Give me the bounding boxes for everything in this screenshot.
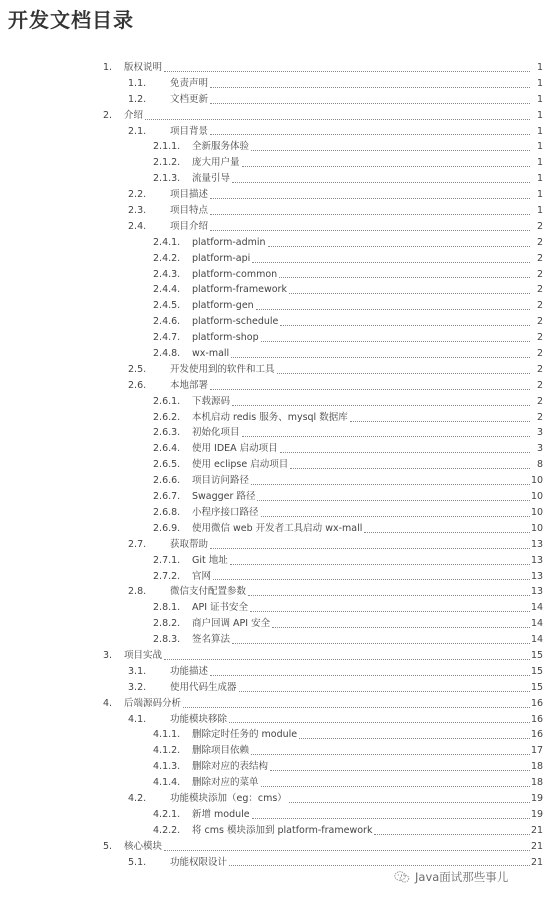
dot-leader xyxy=(183,706,530,708)
toc-entry-page-number: 2 xyxy=(531,410,543,426)
toc-entry-title[interactable]: platform-admin xyxy=(192,235,266,251)
toc-entry-page-number: 10 xyxy=(531,473,543,489)
toc-entry-number: 2.6.2. xyxy=(153,410,180,426)
toc-entry[interactable]: 4.1.2.删除项目依赖17 xyxy=(0,743,548,759)
toc-entry-number: 2.4.2. xyxy=(153,251,180,267)
toc-entry-title-wrap: 新增 module xyxy=(192,807,532,823)
toc-entry-title[interactable]: 本机启动 redis 服务、mysql 数据库 xyxy=(192,410,348,426)
toc-entry-number: 4.1.4. xyxy=(153,775,180,791)
toc-entry-number: 2.1.1. xyxy=(153,139,180,155)
toc-entry-page-number: 1 xyxy=(531,155,543,171)
dot-leader xyxy=(261,340,530,342)
toc-entry-title-wrap: 本机启动 redis 服务、mysql 数据库 xyxy=(192,410,532,426)
toc-entry[interactable]: 2.6.3.初始化项目3 xyxy=(0,425,548,441)
toc-entry-title-wrap: platform-api xyxy=(192,251,532,267)
toc-entry-title-wrap: 下载源码 xyxy=(192,394,532,410)
toc-entry[interactable]: 2.6.9.使用微信 web 开发者工具启动 wx-mall10 xyxy=(0,521,548,537)
toc-entry-title-wrap: 删除项目依赖 xyxy=(192,743,532,759)
toc-entry-number: 2.6.5. xyxy=(153,457,180,473)
toc-entry-number: 2.7.2. xyxy=(153,569,180,585)
toc-entry-page-number: 3 xyxy=(531,425,543,441)
toc-entry-number: 3.2. xyxy=(128,680,146,696)
toc-entry-page-number: 10 xyxy=(531,505,543,521)
toc-entry-title-wrap: 删除对应的表结构 xyxy=(192,759,532,775)
toc-entry[interactable]: 2.6.2.本机启动 redis 服务、mysql 数据库2 xyxy=(0,410,548,426)
dot-leader xyxy=(256,308,530,310)
toc-entry-title-wrap: 删除定时任务的 module xyxy=(192,727,532,743)
toc-entry[interactable]: 2.4.1.platform-admin2 xyxy=(0,235,548,251)
dot-leader xyxy=(210,674,530,676)
toc-entry-title-wrap: API 证书安全 xyxy=(192,600,532,616)
toc-entry-page-number: 14 xyxy=(531,616,543,632)
toc-entry-title-wrap: 微信支付配置参数 xyxy=(170,584,532,600)
toc-entry-title[interactable]: 本地部署 xyxy=(170,378,208,394)
toc-entry-page-number: 2 xyxy=(531,394,543,410)
toc-entry-title[interactable]: 介绍 xyxy=(124,108,143,124)
toc-entry-title[interactable]: 核心模块 xyxy=(124,839,162,855)
toc-entry-page-number: 10 xyxy=(531,489,543,505)
toc-entry-page-number: 13 xyxy=(531,584,543,600)
toc-entry-title[interactable]: wx-mall xyxy=(192,346,229,362)
dot-leader xyxy=(280,324,530,326)
dot-leader xyxy=(229,864,530,866)
toc-entry-title[interactable]: 项目访问路径 xyxy=(192,473,249,489)
toc-entry-title[interactable]: 使用 IDEA 启动项目 xyxy=(192,441,278,457)
dot-leader xyxy=(164,658,530,660)
toc-entry-title[interactable]: platform-shop xyxy=(192,330,259,346)
dot-leader xyxy=(251,753,530,755)
toc-entry[interactable]: 2.2.项目描述1 xyxy=(0,187,548,203)
toc-entry-title-wrap: 开发使用到的软件和工具 xyxy=(170,362,532,378)
toc-entry[interactable]: 2.1.项目背景1 xyxy=(0,124,548,140)
toc-entry-number: 2.6.7. xyxy=(153,489,180,505)
dot-leader xyxy=(229,721,530,723)
toc-entry-title-wrap: 初始化项目 xyxy=(192,425,532,441)
toc-entry-title-wrap: 项目描述 xyxy=(170,187,532,203)
toc-entry-page-number: 2 xyxy=(531,267,543,283)
toc-entry-page-number: 17 xyxy=(531,743,543,759)
toc-entry-title-wrap: platform-shop xyxy=(192,330,532,346)
toc-entry-number: 4.2. xyxy=(128,791,146,807)
toc-entry-page-number: 2 xyxy=(531,298,543,314)
toc-entry-page-number: 1 xyxy=(531,60,543,76)
toc-entry-title[interactable]: 项目背景 xyxy=(170,124,208,140)
toc-entry-title[interactable]: 功能描述 xyxy=(170,664,208,680)
toc-entry-number: 2.8.3. xyxy=(153,632,180,648)
toc-entry-title-wrap: 流量引导 xyxy=(192,171,532,187)
toc-entry-title[interactable]: 获取帮助 xyxy=(170,537,208,553)
toc-entry-title[interactable]: 删除项目依赖 xyxy=(192,743,249,759)
toc-entry-title-wrap: platform-admin xyxy=(192,235,532,251)
toc-entry-title[interactable]: 免责声明 xyxy=(170,76,208,92)
toc-entry-title[interactable]: 小程序接口路径 xyxy=(192,505,259,521)
dot-leader xyxy=(272,626,530,628)
toc-entry[interactable]: 2.8.3.签名算法14 xyxy=(0,632,548,648)
toc-entry-title[interactable]: 项目介绍 xyxy=(170,219,208,235)
toc-entry-number: 2.6.9. xyxy=(153,521,180,537)
dot-leader xyxy=(210,102,530,104)
toc-entry-page-number: 13 xyxy=(531,553,543,569)
dot-leader xyxy=(277,372,530,374)
toc-entry-number: 2.8. xyxy=(128,584,146,600)
dot-leader xyxy=(164,849,530,851)
toc-entry-number: 5.1. xyxy=(128,855,146,871)
toc-entry-title[interactable]: 项目特点 xyxy=(170,203,208,219)
toc-entry[interactable]: 2.4.4.platform-framework2 xyxy=(0,282,548,298)
toc-entry-number: 2.6. xyxy=(128,378,146,394)
toc-entry-title[interactable]: 项目描述 xyxy=(170,187,208,203)
toc-entry-number: 2.6.1. xyxy=(153,394,180,410)
toc-entry-title-wrap: 后端源码分析 xyxy=(124,696,532,712)
toc-entry-number: 2.7.1. xyxy=(153,553,180,569)
toc-entry[interactable]: 4.1.4.删除对应的菜单18 xyxy=(0,775,548,791)
dot-leader xyxy=(145,118,530,120)
toc-entry[interactable]: 2.7.2.官网13 xyxy=(0,569,548,585)
toc-entry-title-wrap: platform-framework xyxy=(192,282,532,298)
toc-entry-title[interactable]: Swagger 路径 xyxy=(192,489,255,505)
dot-leader xyxy=(242,165,530,167)
toc-entry[interactable]: 2.1.1.全新服务体验1 xyxy=(0,139,548,155)
toc-entry-title-wrap: 功能描述 xyxy=(170,664,532,680)
toc-entry-page-number: 16 xyxy=(531,696,543,712)
toc-entry[interactable]: 1.1.免责声明1 xyxy=(0,76,548,92)
dot-leader xyxy=(251,483,530,485)
toc-entry-page-number: 16 xyxy=(531,727,543,743)
toc-entry-number: 2.7. xyxy=(128,537,146,553)
toc-entry[interactable]: 2.6.4.使用 IDEA 启动项目3 xyxy=(0,441,548,457)
dot-leader xyxy=(261,785,530,787)
toc-entry-title[interactable]: 功能模块移除 xyxy=(170,712,227,728)
dot-leader xyxy=(299,737,530,739)
toc-entry-title-wrap: Git 地址 xyxy=(192,553,532,569)
toc-entry-number: 2.2. xyxy=(128,187,146,203)
toc-entry[interactable]: 2.5.开发使用到的软件和工具2 xyxy=(0,362,548,378)
toc-entry-page-number: 19 xyxy=(531,791,543,807)
toc-entry-page-number: 1 xyxy=(531,171,543,187)
dot-leader xyxy=(210,213,530,215)
toc-entry[interactable]: 2.8.1.API 证书安全14 xyxy=(0,600,548,616)
toc-entry[interactable]: 2.7.获取帮助13 xyxy=(0,537,548,553)
toc-entry-title[interactable]: 后端源码分析 xyxy=(124,696,181,712)
toc-entry-number: 2. xyxy=(103,108,112,124)
toc-entry-title[interactable]: 全新服务体验 xyxy=(192,139,249,155)
toc-entry-number: 3. xyxy=(103,648,112,664)
toc-entry-title[interactable]: 功能模块添加（eg：cms） xyxy=(170,791,287,807)
toc-entry[interactable]: 4.1.3.删除对应的表结构18 xyxy=(0,759,548,775)
toc-entry-title-wrap: 功能模块添加（eg：cms） xyxy=(170,791,532,807)
toc-entry[interactable]: 2.6.6.项目访问路径10 xyxy=(0,473,548,489)
toc-entry[interactable]: 4.1.1.删除定时任务的 module16 xyxy=(0,727,548,743)
toc-entry[interactable]: 2.8.微信支付配置参数13 xyxy=(0,584,548,600)
toc-entry[interactable]: 2.6.8.小程序接口路径10 xyxy=(0,505,548,521)
toc-entry-title-wrap: 商户回调 API 安全 xyxy=(192,616,532,632)
toc-entry-page-number: 2 xyxy=(531,314,543,330)
toc-entry[interactable]: 2.1.3.流量引导1 xyxy=(0,171,548,187)
toc-entry-title[interactable]: 流量引导 xyxy=(192,171,230,187)
toc-entry-title[interactable]: 删除对应的菜单 xyxy=(192,775,259,791)
toc-entry-title-wrap: 项目介绍 xyxy=(170,219,532,235)
toc-entry[interactable]: 2.4.5.platform-gen2 xyxy=(0,298,548,314)
toc-entry-title[interactable]: 庞大用户量 xyxy=(192,155,240,171)
dot-leader xyxy=(374,833,530,835)
toc-entry[interactable]: 1.版权说明1 xyxy=(0,60,548,76)
toc-entry[interactable]: 4.2.1.新增 module19 xyxy=(0,807,548,823)
toc-entry[interactable]: 4.2.2.将 cms 模块添加到 platform-framework21 xyxy=(0,823,548,839)
toc-entry[interactable]: 3.2.使用代码生成器15 xyxy=(0,680,548,696)
toc-entry-page-number: 16 xyxy=(531,712,543,728)
watermark-text: Java面试那些事儿 xyxy=(415,869,508,885)
toc-entry-number: 2.4. xyxy=(128,219,146,235)
wechat-icon xyxy=(394,870,410,884)
toc-entry-number: 2.4.1. xyxy=(153,235,180,251)
toc-entry-title-wrap: 官网 xyxy=(192,569,532,585)
dot-leader xyxy=(210,388,530,390)
toc-entry-page-number: 15 xyxy=(531,664,543,680)
toc-entry-title-wrap: 删除对应的菜单 xyxy=(192,775,532,791)
toc-entry-title[interactable]: 下载源码 xyxy=(192,394,230,410)
toc-entry-title-wrap: wx-mall xyxy=(192,346,532,362)
toc-entry-number: 2.4.5. xyxy=(153,298,180,314)
dot-leader xyxy=(164,70,530,72)
dot-leader xyxy=(252,817,530,819)
toc-entry-title[interactable]: 文档更新 xyxy=(170,92,208,108)
dot-leader xyxy=(242,435,530,437)
watermark: Java面试那些事儿 xyxy=(392,868,510,886)
toc-entry-title-wrap: 本地部署 xyxy=(170,378,532,394)
toc-entry-title[interactable]: 删除定时任务的 module xyxy=(192,727,297,743)
dot-leader xyxy=(210,229,530,231)
toc-entry-title-wrap: 获取帮助 xyxy=(170,537,532,553)
toc-entry-number: 4.1. xyxy=(128,712,146,728)
toc-entry[interactable]: 4.1.功能模块移除16 xyxy=(0,712,548,728)
toc-entry[interactable]: 2.3.项目特点1 xyxy=(0,203,548,219)
toc-entry-number: 1.2. xyxy=(128,92,146,108)
toc-entry-page-number: 1 xyxy=(531,76,543,92)
dot-leader xyxy=(250,610,530,612)
toc-entry-title[interactable]: Git 地址 xyxy=(192,553,228,569)
toc-entry[interactable]: 4.后端源码分析16 xyxy=(0,696,548,712)
toc-entry-page-number: 3 xyxy=(531,441,543,457)
toc-entry[interactable]: 2.1.2.庞大用户量1 xyxy=(0,155,548,171)
toc-entry-title[interactable]: 商户回调 API 安全 xyxy=(192,616,270,632)
toc-entry-page-number: 1 xyxy=(531,108,543,124)
toc-entry-title-wrap: 介绍 xyxy=(124,108,532,124)
dot-leader xyxy=(232,642,530,644)
toc-entry-title[interactable]: 初始化项目 xyxy=(192,425,240,441)
toc-entry-title-wrap: 使用代码生成器 xyxy=(170,680,532,696)
toc-entry-page-number: 2 xyxy=(531,362,543,378)
toc-entry-title[interactable]: 使用 eclipse 启动项目 xyxy=(192,457,288,473)
toc-entry-title-wrap: 签名算法 xyxy=(192,632,532,648)
toc-entry-page-number: 1 xyxy=(531,187,543,203)
toc-entry-title[interactable]: platform-api xyxy=(192,251,250,267)
toc-entry-title-wrap: 使用微信 web 开发者工具启动 wx-mall xyxy=(192,521,532,537)
toc-entry-title-wrap: 项目背景 xyxy=(170,124,532,140)
toc-entry[interactable]: 2.6.5.使用 eclipse 启动项目8 xyxy=(0,457,548,473)
dot-leader xyxy=(231,356,530,358)
toc-entry-number: 2.6.4. xyxy=(153,441,180,457)
toc-entry[interactable]: 1.2.文档更新1 xyxy=(0,92,548,108)
toc-entry-page-number: 14 xyxy=(531,600,543,616)
toc-entry[interactable]: 2.6.1.下载源码2 xyxy=(0,394,548,410)
dot-leader xyxy=(251,149,530,151)
toc-entry[interactable]: 2.4.6.platform-schedule2 xyxy=(0,314,548,330)
dot-leader xyxy=(210,86,530,88)
toc-entry-page-number: 2 xyxy=(531,219,543,235)
toc-entry-number: 2.4.6. xyxy=(153,314,180,330)
toc-entry-page-number: 21 xyxy=(531,855,543,871)
toc-entry-number: 2.8.2. xyxy=(153,616,180,632)
dot-leader xyxy=(248,594,530,596)
toc-entry-number: 2.5. xyxy=(128,362,146,378)
toc-entry[interactable]: 2.4.2.platform-api2 xyxy=(0,251,548,267)
dot-leader xyxy=(364,531,530,533)
toc-entry[interactable]: 2.6.本地部署2 xyxy=(0,378,548,394)
toc-entry-title[interactable]: 使用代码生成器 xyxy=(170,680,237,696)
toc-entry-title-wrap: 庞大用户量 xyxy=(192,155,532,171)
toc-entry-page-number: 21 xyxy=(531,839,543,855)
toc-entry-number: 4.1.1. xyxy=(153,727,180,743)
dot-leader xyxy=(350,420,530,422)
toc-entry-title-wrap: 免责声明 xyxy=(170,76,532,92)
dot-leader xyxy=(210,197,530,199)
toc-entry-number: 2.4.7. xyxy=(153,330,180,346)
toc-entry-title-wrap: platform-gen xyxy=(192,298,532,314)
toc-entry-number: 2.4.4. xyxy=(153,282,180,298)
toc-entry-page-number: 2 xyxy=(531,330,543,346)
page-title: 开发文档目录 xyxy=(8,8,134,32)
toc-entry-title[interactable]: platform-schedule xyxy=(192,314,278,330)
toc-entry-number: 3.1. xyxy=(128,664,146,680)
toc-entry-number: 2.6.6. xyxy=(153,473,180,489)
toc-entry-page-number: 15 xyxy=(531,648,543,664)
toc-entry[interactable]: 2.7.1.Git 地址13 xyxy=(0,553,548,569)
dot-leader xyxy=(213,578,530,580)
toc-entry-title-wrap: 版权说明 xyxy=(124,60,532,76)
toc-entry-title[interactable]: 删除对应的表结构 xyxy=(192,759,268,775)
dot-leader xyxy=(261,515,530,517)
toc-entry-title-wrap: 将 cms 模块添加到 platform-framework xyxy=(192,823,532,839)
toc-entry-page-number: 21 xyxy=(531,823,543,839)
toc-entry-title[interactable]: 官网 xyxy=(192,569,211,585)
toc-entry-page-number: 8 xyxy=(531,457,543,473)
toc-entry-page-number: 2 xyxy=(531,282,543,298)
toc-entry[interactable]: 2.8.2.商户回调 API 安全14 xyxy=(0,616,548,632)
toc-entry-title-wrap: 项目访问路径 xyxy=(192,473,532,489)
dot-leader xyxy=(280,451,530,453)
toc-entry-title-wrap: 功能模块移除 xyxy=(170,712,532,728)
toc-entry-title[interactable]: platform-gen xyxy=(192,298,254,314)
toc-entry-title[interactable]: 使用微信 web 开发者工具启动 wx-mall xyxy=(192,521,362,537)
toc-entry-page-number: 18 xyxy=(531,759,543,775)
dot-leader xyxy=(257,499,530,501)
toc-entry-title-wrap: platform-common xyxy=(192,267,532,283)
toc-entry-title[interactable]: 项目实战 xyxy=(124,648,162,664)
toc-entry-title[interactable]: 版权说明 xyxy=(124,60,162,76)
toc-entry-page-number: 1 xyxy=(531,92,543,108)
toc-entry-number: 2.6.8. xyxy=(153,505,180,521)
toc-entry[interactable]: 2.4.7.platform-shop2 xyxy=(0,330,548,346)
toc-entry-page-number: 13 xyxy=(531,569,543,585)
toc-entry[interactable]: 2.6.7.Swagger 路径10 xyxy=(0,489,548,505)
dot-leader xyxy=(279,276,530,278)
toc-entry-title[interactable]: platform-framework xyxy=(192,282,287,298)
toc-entry-number: 2.4.3. xyxy=(153,267,180,283)
dot-leader xyxy=(270,769,530,771)
toc-entry-title-wrap: platform-schedule xyxy=(192,314,532,330)
toc-entry-title-wrap: 核心模块 xyxy=(124,839,532,855)
toc-entry-number: 2.4.8. xyxy=(153,346,180,362)
toc-entry-title[interactable]: 将 cms 模块添加到 platform-framework xyxy=(192,823,372,839)
toc-entry-title-wrap: 小程序接口路径 xyxy=(192,505,532,521)
toc-entry[interactable]: 4.2.功能模块添加（eg：cms）19 xyxy=(0,791,548,807)
toc-entry-title[interactable]: platform-common xyxy=(192,267,277,283)
table-of-contents: 1.版权说明11.1.免责声明11.2.文档更新12.介绍12.1.项目背景12… xyxy=(0,60,548,870)
toc-entry-title-wrap: Swagger 路径 xyxy=(192,489,532,505)
toc-entry-title[interactable]: 功能权限设计 xyxy=(170,855,227,871)
dot-leader xyxy=(239,690,530,692)
toc-entry[interactable]: 2.4.项目介绍2 xyxy=(0,219,548,235)
toc-entry-page-number: 18 xyxy=(531,775,543,791)
toc-entry-page-number: 10 xyxy=(531,521,543,537)
toc-entry-page-number: 2 xyxy=(531,235,543,251)
toc-entry-number: 4.2.2. xyxy=(153,823,180,839)
dot-leader xyxy=(252,261,530,263)
toc-entry-page-number: 1 xyxy=(531,203,543,219)
toc-entry-number: 4.2.1. xyxy=(153,807,180,823)
toc-entry[interactable]: 2.4.3.platform-common2 xyxy=(0,267,548,283)
toc-entry-title-wrap: 使用 eclipse 启动项目 xyxy=(192,457,532,473)
toc-entry-number: 2.8.1. xyxy=(153,600,180,616)
dot-leader xyxy=(210,547,530,549)
toc-entry-page-number: 15 xyxy=(531,680,543,696)
dot-leader xyxy=(289,801,530,803)
toc-entry[interactable]: 2.介绍1 xyxy=(0,108,548,124)
toc-entry-page-number: 13 xyxy=(531,537,543,553)
toc-entry[interactable]: 3.1.功能描述15 xyxy=(0,664,548,680)
toc-entry-number: 5. xyxy=(103,839,112,855)
toc-entry-number: 4. xyxy=(103,696,112,712)
toc-entry-number: 1. xyxy=(103,60,112,76)
toc-entry-number: 2.3. xyxy=(128,203,146,219)
toc-entry-title[interactable]: 微信支付配置参数 xyxy=(170,584,246,600)
toc-entry-number: 4.1.2. xyxy=(153,743,180,759)
toc-entry-page-number: 1 xyxy=(531,124,543,140)
toc-entry-page-number: 2 xyxy=(531,346,543,362)
toc-entry[interactable]: 5.核心模块21 xyxy=(0,839,548,855)
toc-entry-number: 4.1.3. xyxy=(153,759,180,775)
toc-entry-title-wrap: 项目实战 xyxy=(124,648,532,664)
toc-entry[interactable]: 3.项目实战15 xyxy=(0,648,548,664)
toc-entry-title-wrap: 文档更新 xyxy=(170,92,532,108)
dot-leader xyxy=(268,245,530,247)
toc-entry-page-number: 2 xyxy=(531,378,543,394)
toc-entry[interactable]: 2.4.8.wx-mall2 xyxy=(0,346,548,362)
toc-entry-number: 2.1. xyxy=(128,124,146,140)
dot-leader xyxy=(289,292,530,294)
toc-entry-title[interactable]: API 证书安全 xyxy=(192,600,248,616)
dot-leader xyxy=(232,181,530,183)
toc-entry-page-number: 2 xyxy=(531,251,543,267)
toc-entry-title-wrap: 使用 IDEA 启动项目 xyxy=(192,441,532,457)
toc-entry-title[interactable]: 开发使用到的软件和工具 xyxy=(170,362,275,378)
toc-entry-title-wrap: 全新服务体验 xyxy=(192,139,532,155)
toc-entry-number: 2.1.3. xyxy=(153,171,180,187)
toc-entry-title[interactable]: 签名算法 xyxy=(192,632,230,648)
toc-entry-title-wrap: 项目特点 xyxy=(170,203,532,219)
dot-leader xyxy=(232,404,530,406)
toc-entry-title[interactable]: 新增 module xyxy=(192,807,250,823)
